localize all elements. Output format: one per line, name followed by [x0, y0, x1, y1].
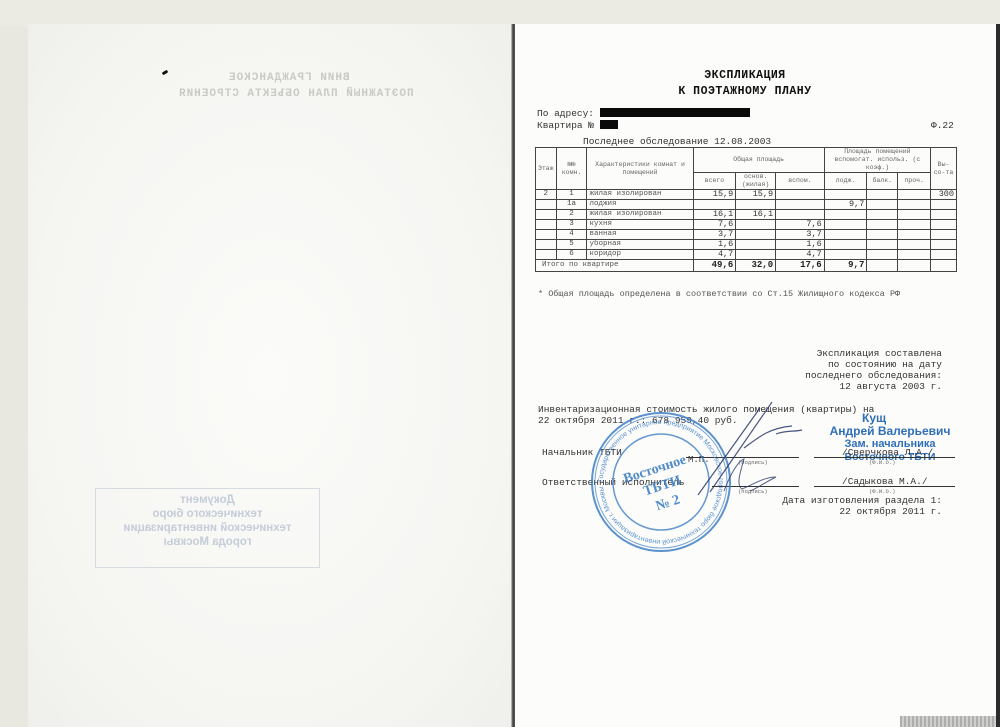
total-balcony: [867, 260, 898, 272]
cell-loggia: [824, 240, 867, 250]
total-height: [931, 260, 957, 272]
form-code: Ф.22: [931, 120, 954, 131]
cell-floor: 2: [536, 190, 557, 200]
header-height: Вы-со-та: [931, 148, 957, 190]
cell-aux: [776, 210, 825, 220]
executor-signature: [720, 455, 790, 495]
cell-room: 5: [556, 240, 587, 250]
cell-total: 15,9: [693, 190, 736, 200]
total-loggia: 9,7: [824, 260, 867, 272]
document-subtitle: К ПОЭТАЖНОМУ ПЛАНУ: [600, 85, 890, 98]
ghost-stamp-line: города Москвы: [96, 535, 319, 549]
cell-other: [898, 250, 931, 260]
cell-other: [898, 210, 931, 220]
compiled-line: 12 августа 2003 г.: [760, 381, 942, 392]
header-room-desc: Характеристики комнат и помещений: [587, 148, 693, 190]
cell-main: [736, 220, 776, 230]
cell-main: [736, 240, 776, 250]
cell-aux: 3,7: [776, 230, 825, 240]
cell-balcony: [867, 190, 898, 200]
cell-loggia: [824, 220, 867, 230]
last-survey: Последнее обследование 12.08.2003: [583, 136, 771, 147]
total-label: Итого по квартире: [536, 260, 694, 272]
cell-height: [931, 230, 957, 240]
table-row: 6коридор4,74,7: [536, 250, 957, 260]
table-row: 1алоджия9,7: [536, 200, 957, 210]
cell-loggia: [824, 190, 867, 200]
ghost-stamp-line: технического бюро: [96, 507, 319, 521]
cell-room: 1: [556, 190, 587, 200]
table-row: 4ванная3,73,7: [536, 230, 957, 240]
cell-other: [898, 240, 931, 250]
redacted-address: [600, 108, 750, 117]
cell-total: 3,7: [693, 230, 736, 240]
cell-room: 1а: [556, 200, 587, 210]
cell-total: 1,6: [693, 240, 736, 250]
footnote: * Общая площадь определена в соответстви…: [538, 289, 900, 299]
cell-room: 3: [556, 220, 587, 230]
total-total: 49,6: [693, 260, 736, 272]
cell-balcony: [867, 200, 898, 210]
cell-main: [736, 250, 776, 260]
compiled-line: по состоянию на дату: [760, 359, 942, 370]
table-row: 21жилая изолирован15,915,9300: [536, 190, 957, 200]
header-loggia: лодж.: [824, 173, 867, 190]
cell-other: [898, 190, 931, 200]
ghost-stamp-line: технической инвентаризации: [96, 521, 319, 535]
cell-balcony: [867, 240, 898, 250]
cell-floor: [536, 250, 557, 260]
cell-desc: лоджия: [587, 200, 693, 210]
document-title: ЭКСПЛИКАЦИЯ: [600, 69, 890, 82]
cell-aux: [776, 190, 825, 200]
cell-height: [931, 240, 957, 250]
explication-table: Этаж №№ комн. Характеристики комнат и по…: [535, 147, 957, 272]
header-room-no: №№ комн.: [556, 148, 587, 190]
executor-name-line: [814, 486, 955, 487]
cell-room: 6: [556, 250, 587, 260]
prepared-line: 22 октября 2011 г.: [760, 506, 942, 517]
table-row: 2жилая изолирован16,116,1: [536, 210, 957, 220]
cell-room: 4: [556, 230, 587, 240]
header-total: всего: [693, 173, 736, 190]
cell-desc: жилая изолирован: [587, 190, 693, 200]
cell-floor: [536, 240, 557, 250]
total-aux: 17,6: [776, 260, 825, 272]
head-name-line: [814, 457, 955, 458]
cell-height: [931, 220, 957, 230]
deputy-name: Андрей Валерьевич: [820, 425, 960, 438]
cell-aux: 7,6: [776, 220, 825, 230]
table-row: 3кухня7,67,6: [536, 220, 957, 230]
left-page: [28, 24, 511, 727]
svg-text:№ 2: № 2: [654, 492, 682, 514]
ghost-title-1: ВНИИ ГРАЖДАНСКОЕ: [228, 72, 350, 84]
address-line: По адресу:: [537, 108, 750, 119]
cell-room: 2: [556, 210, 587, 220]
cell-main: [736, 200, 776, 210]
cell-floor: [536, 200, 557, 210]
cell-floor: [536, 230, 557, 240]
cell-main: [736, 230, 776, 240]
cell-balcony: [867, 220, 898, 230]
head-name-caption: (Ф.И.О.): [869, 459, 895, 466]
address-label: По адресу:: [537, 108, 594, 119]
cell-height: [931, 210, 957, 220]
cell-balcony: [867, 230, 898, 240]
cell-main: 15,9: [736, 190, 776, 200]
cell-floor: [536, 210, 557, 220]
page-edge: [996, 24, 1000, 727]
header-aux-area: Площадь помещений вспомогат. использ. (с…: [824, 148, 930, 173]
cell-balcony: [867, 250, 898, 260]
cell-total: 4,7: [693, 250, 736, 260]
header-balcony: балк.: [867, 173, 898, 190]
compiled-line: Экспликация составлена: [760, 348, 942, 359]
ghost-stamp-line: Документ: [96, 493, 319, 507]
cell-desc: уборная: [587, 240, 693, 250]
header-main: основ. (жилая): [736, 173, 776, 190]
cell-other: [898, 220, 931, 230]
compiled-note: Экспликация составлена по состоянию на д…: [760, 348, 942, 392]
compiled-line: последнего обследования:: [760, 370, 942, 381]
cell-loggia: [824, 210, 867, 220]
header-total-area: Общая площадь: [693, 148, 824, 173]
ghost-title-2: ПОЭТАЖНЫЙ ПЛАН ОБЪЕКТА СТРОЕНИЯ: [178, 88, 414, 100]
table-row: 5уборная1,61,6: [536, 240, 957, 250]
cell-total: 7,6: [693, 220, 736, 230]
cell-total: [693, 200, 736, 210]
cell-floor: [536, 220, 557, 230]
cell-desc: кухня: [587, 220, 693, 230]
header-other: проч.: [898, 173, 931, 190]
table-total-row: Итого по квартире49,632,017,69,7: [536, 260, 957, 272]
cell-other: [898, 200, 931, 210]
cell-height: 300: [931, 190, 957, 200]
cell-aux: [776, 200, 825, 210]
redacted-apartment: [600, 120, 618, 129]
total-other: [898, 260, 931, 272]
cell-desc: коридор: [587, 250, 693, 260]
cell-aux: 1,6: [776, 240, 825, 250]
header-floor: Этаж: [536, 148, 557, 190]
cell-desc: ванная: [587, 230, 693, 240]
cell-height: [931, 250, 957, 260]
cell-desc: жилая изолирован: [587, 210, 693, 220]
cell-height: [931, 200, 957, 210]
cell-loggia: [824, 230, 867, 240]
cell-total: 16,1: [693, 210, 736, 220]
cell-balcony: [867, 210, 898, 220]
scan-shadow: [900, 716, 996, 727]
apartment-line: Квартира №: [537, 120, 618, 131]
scan-backdrop: [0, 0, 1000, 26]
executor-name-caption: (Ф.И.О.): [869, 488, 895, 495]
cell-other: [898, 230, 931, 240]
ghost-stamp: Документ технического бюро технической и…: [95, 488, 320, 568]
cell-aux: 4,7: [776, 250, 825, 260]
cell-main: 16,1: [736, 210, 776, 220]
header-aux: вспом.: [776, 173, 825, 190]
total-main: 32,0: [736, 260, 776, 272]
apartment-label: Квартира №: [537, 120, 594, 131]
cell-loggia: [824, 250, 867, 260]
cell-loggia: 9,7: [824, 200, 867, 210]
